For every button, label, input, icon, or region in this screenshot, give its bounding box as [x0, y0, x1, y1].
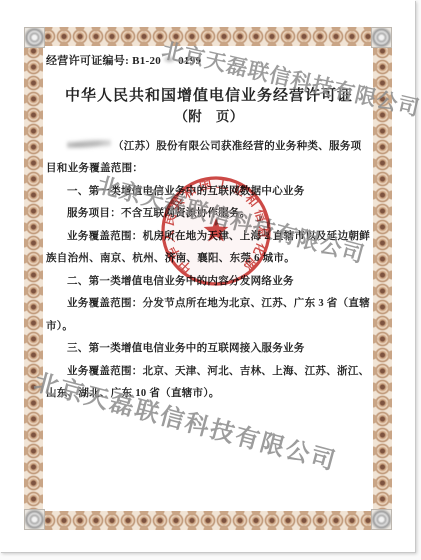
border-right	[373, 27, 392, 530]
corner-ornament-top-right	[371, 27, 392, 48]
border-left	[24, 27, 43, 530]
border-top	[24, 27, 392, 46]
license-prefix: B1-20	[129, 55, 161, 67]
corner-ornament-bottom-left	[24, 509, 45, 530]
corner-ornament-bottom-right	[371, 509, 392, 530]
official-seal-stamp: 中华人民共和国工业和信息化部	[158, 173, 274, 289]
page-subtitle: （附 页）	[46, 107, 372, 127]
section-2-line: 业务覆盖范围：分发节点所在地为北京、江苏、广东 3 省（直辖市）。	[46, 293, 372, 338]
corner-ornament-top-left	[24, 27, 45, 48]
border-bottom	[24, 511, 392, 530]
section-3-line: 业务覆盖范围：北京、天津、河北、吉林、上海、江苏、浙江、山东、湖北、广东 10 …	[46, 361, 372, 406]
license-label: 经营许可证编号:	[46, 55, 129, 67]
certificate-scan: 经营许可证编号: B1-200199 中华人民共和国增值电信业务经营许可证 （附…	[0, 0, 421, 560]
page-title: 中华人民共和国增值电信业务经营许可证	[46, 86, 372, 107]
paper-sheet: 经营许可证编号: B1-200199 中华人民共和国增值电信业务经营许可证 （附…	[0, 0, 415, 552]
license-suffix: 0199	[178, 55, 201, 67]
section-3-heading: 三、第一类增值电信业务中的互联网接入服务业务	[46, 338, 372, 361]
company-name-redacted	[67, 139, 111, 149]
license-redacted-digits	[162, 55, 177, 64]
license-number-line: 经营许可证编号: B1-200199	[46, 50, 372, 73]
